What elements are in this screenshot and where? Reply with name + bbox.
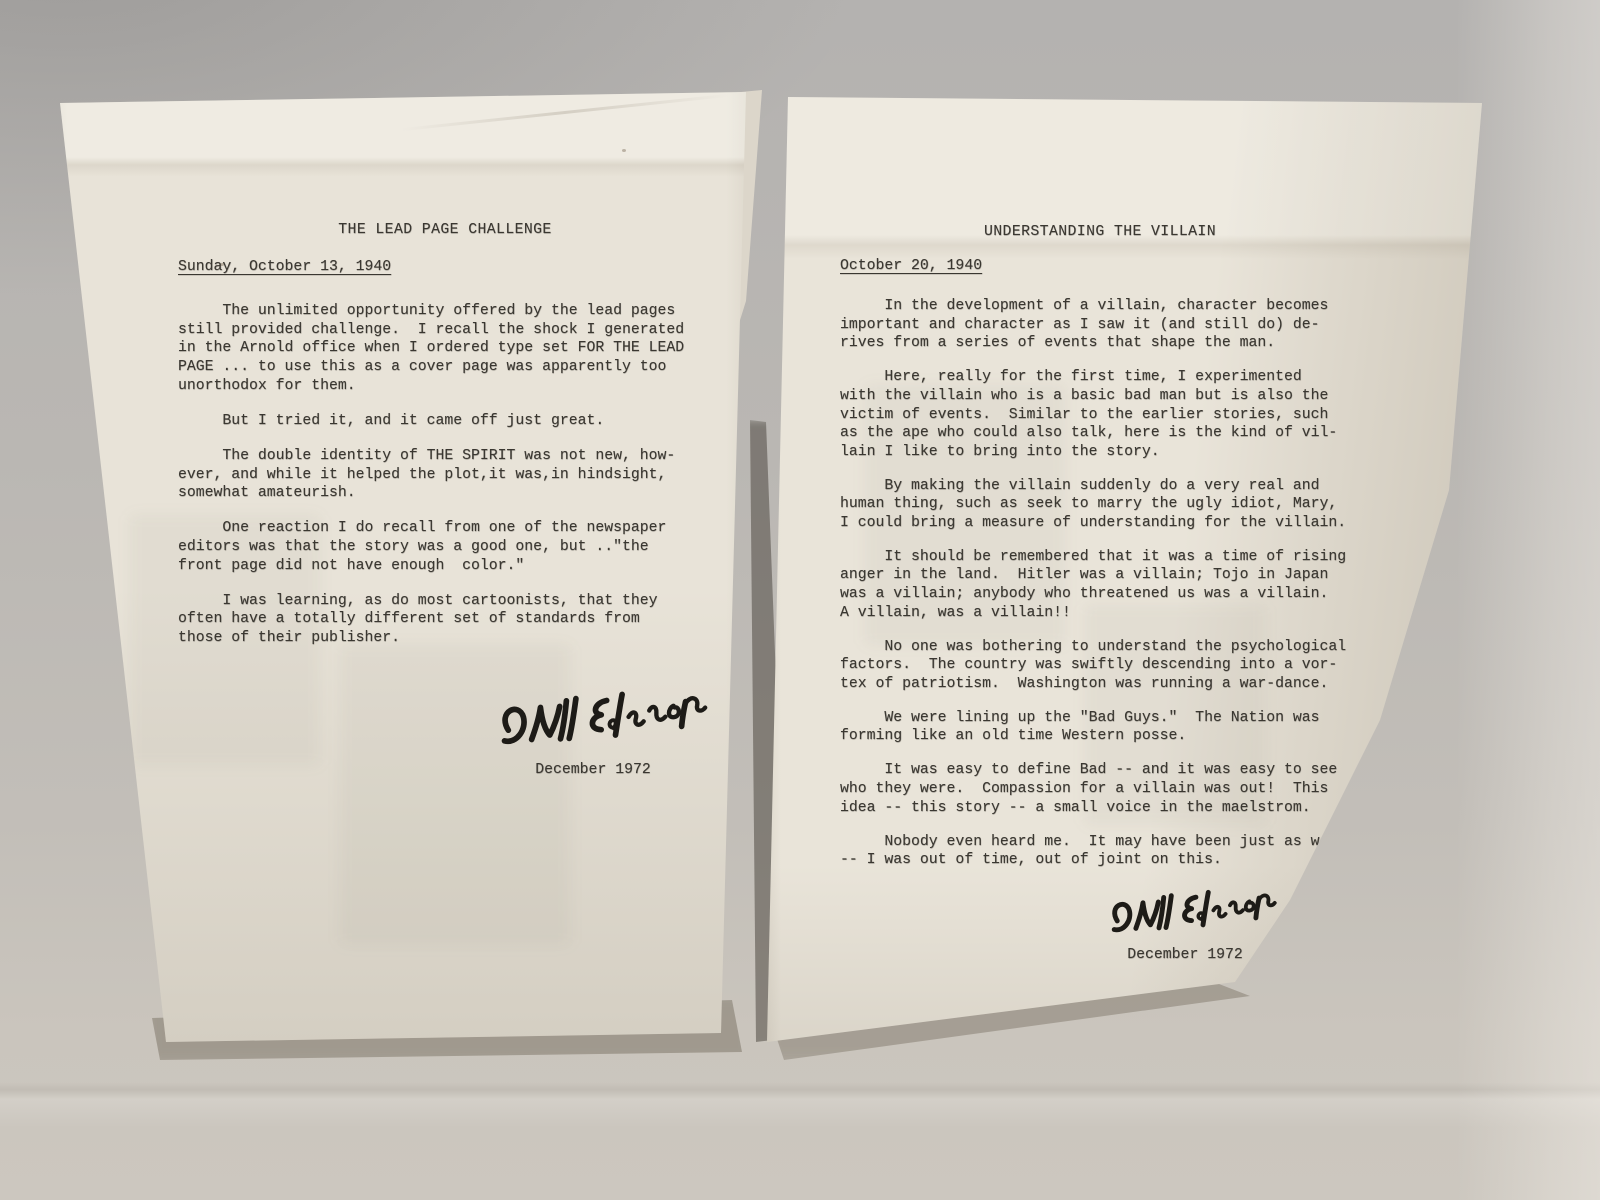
- paragraph: It was easy to define Bad -- and it was …: [840, 761, 1360, 817]
- will-eisner-signature: [471, 683, 714, 765]
- date-heading: Sunday, October 13, 1940: [178, 258, 712, 277]
- paragraph: In the development of a villain, charact…: [840, 297, 1360, 353]
- signature-name-text: Will Eisner: [593, 759, 594, 760]
- paragraph: One reaction I do recall from one of the…: [178, 519, 712, 575]
- paragraph: But I tried it, and it came off just gre…: [178, 412, 712, 431]
- paragraphs: The unlimited opportunity offered by the…: [178, 302, 712, 647]
- left-page-content: THE LEAD PAGE CHALLENGE Sunday, October …: [178, 221, 712, 780]
- paragraph: By making the villain suddenly do a very…: [840, 477, 1360, 533]
- paper-fleck: [622, 149, 626, 152]
- paragraph: It should be remembered that it was a ti…: [840, 548, 1360, 622]
- paragraph: No one was bothering to understand the p…: [840, 638, 1360, 694]
- left-page-fold-crease: [401, 94, 730, 131]
- paragraph: I was learning, as do most cartoonists, …: [178, 592, 712, 648]
- paragraph: The double identity of THE SPIRIT was no…: [178, 447, 712, 503]
- page-title: UNDERSTANDING THE VILLAIN: [840, 223, 1360, 242]
- paragraph: Here, really for the first time, I exper…: [840, 368, 1360, 461]
- paragraph: The unlimited opportunity offered by the…: [178, 302, 712, 395]
- page-title: THE LEAD PAGE CHALLENGE: [178, 221, 712, 240]
- paragraphs: In the development of a villain, charact…: [840, 297, 1360, 870]
- date-heading: October 20, 1940: [840, 257, 1360, 276]
- paragraph: We were lining up the "Bad Guys." The Na…: [840, 709, 1360, 746]
- paragraph: Nobody even heard me. It may have been j…: [840, 833, 1360, 870]
- will-eisner-signature: [1089, 883, 1282, 949]
- signature-block: Will Eisner December 1972: [458, 689, 728, 780]
- signature-date: December 1972: [458, 761, 728, 780]
- right-page-content: UNDERSTANDING THE VILLAIN October 20, 19…: [840, 223, 1360, 964]
